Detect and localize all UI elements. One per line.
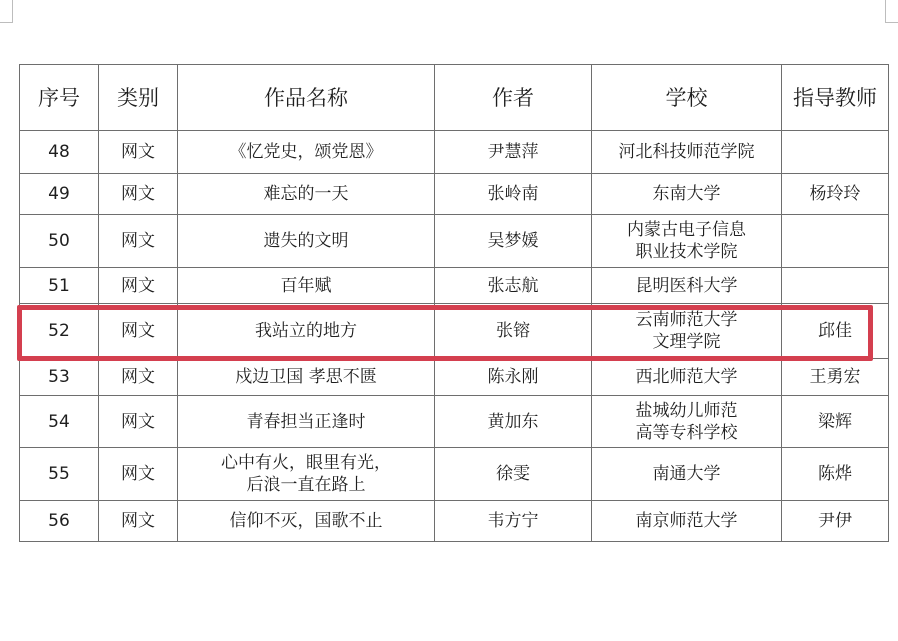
- title-line-2: 后浪一直在路上: [182, 474, 430, 496]
- table-row: 51 网文 百年赋 张志航 昆明医科大学: [20, 268, 889, 304]
- cell-no: 55: [20, 448, 99, 501]
- cell-no: 53: [20, 359, 99, 396]
- table-row-highlighted: 52 网文 我站立的地方 张镕 云南师范大学文理学院 邱佳: [20, 304, 889, 359]
- table-row: 53 网文 戍边卫国 孝思不匮 陈永刚 西北师范大学 王勇宏: [20, 359, 889, 396]
- table-header-row: 序号 类别 作品名称 作者 学校 指导教师: [20, 65, 889, 131]
- header-school: 学校: [592, 65, 782, 131]
- cell-category: 网文: [99, 396, 178, 448]
- table-row: 49 网文 难忘的一天 张岭南 东南大学 杨玲玲: [20, 174, 889, 215]
- cell-no: 54: [20, 396, 99, 448]
- cell-teacher: [782, 131, 889, 174]
- cell-teacher: 陈烨: [782, 448, 889, 501]
- cell-teacher: 邱佳: [782, 304, 889, 359]
- cell-no: 50: [20, 215, 99, 268]
- cell-school: 南京师范大学: [592, 501, 782, 542]
- cell-category: 网文: [99, 131, 178, 174]
- cell-title: 信仰不灭，国歌不止: [178, 501, 435, 542]
- table-row: 50 网文 遗失的文明 吴梦媛 内蒙古电子信息职业技术学院: [20, 215, 889, 268]
- cell-category: 网文: [99, 501, 178, 542]
- cell-school: 云南师范大学文理学院: [592, 304, 782, 359]
- cell-teacher: 王勇宏: [782, 359, 889, 396]
- cell-category: 网文: [99, 215, 178, 268]
- header-title: 作品名称: [178, 65, 435, 131]
- cell-teacher: 梁辉: [782, 396, 889, 448]
- cell-title: 百年赋: [178, 268, 435, 304]
- cell-author: 韦方宁: [435, 501, 592, 542]
- school-line-1: 内蒙古电子信息: [596, 219, 777, 241]
- cell-school: 河北科技师范学院: [592, 131, 782, 174]
- school-line-2: 职业技术学院: [596, 241, 777, 263]
- cell-author: 陈永刚: [435, 359, 592, 396]
- cell-school: 东南大学: [592, 174, 782, 215]
- cell-teacher: [782, 215, 889, 268]
- awards-table: 序号 类别 作品名称 作者 学校 指导教师 48 网文 《忆党史，颂党恩》 尹慧…: [19, 64, 889, 542]
- cell-teacher: 杨玲玲: [782, 174, 889, 215]
- cell-no: 49: [20, 174, 99, 215]
- cell-no: 48: [20, 131, 99, 174]
- cell-school: 西北师范大学: [592, 359, 782, 396]
- header-teacher: 指导教师: [782, 65, 889, 131]
- school-line-2: 文理学院: [596, 331, 777, 353]
- cell-no: 51: [20, 268, 99, 304]
- school-line-2: 高等专科学校: [596, 422, 777, 444]
- cell-author: 张志航: [435, 268, 592, 304]
- cell-school: 南通大学: [592, 448, 782, 501]
- page-corner-mark-right: [885, 0, 898, 23]
- cell-title: 心中有火，眼里有光，后浪一直在路上: [178, 448, 435, 501]
- cell-no: 52: [20, 304, 99, 359]
- cell-title: 遗失的文明: [178, 215, 435, 268]
- cell-category: 网文: [99, 359, 178, 396]
- cell-title: 戍边卫国 孝思不匮: [178, 359, 435, 396]
- cell-author: 徐雯: [435, 448, 592, 501]
- school-line-1: 盐城幼儿师范: [596, 400, 777, 422]
- table-row: 54 网文 青春担当正逢时 黄加东 盐城幼儿师范高等专科学校 梁辉: [20, 396, 889, 448]
- table-row: 55 网文 心中有火，眼里有光，后浪一直在路上 徐雯 南通大学 陈烨: [20, 448, 889, 501]
- school-line-1: 云南师范大学: [596, 309, 777, 331]
- table-row: 48 网文 《忆党史，颂党恩》 尹慧萍 河北科技师范学院: [20, 131, 889, 174]
- title-line-1: 心中有火，眼里有光，: [182, 452, 430, 474]
- cell-author: 黄加东: [435, 396, 592, 448]
- cell-author: 张镕: [435, 304, 592, 359]
- cell-school: 内蒙古电子信息职业技术学院: [592, 215, 782, 268]
- cell-title: 我站立的地方: [178, 304, 435, 359]
- cell-author: 尹慧萍: [435, 131, 592, 174]
- cell-category: 网文: [99, 448, 178, 501]
- header-category: 类别: [99, 65, 178, 131]
- cell-teacher: [782, 268, 889, 304]
- cell-title: 青春担当正逢时: [178, 396, 435, 448]
- table-row: 56 网文 信仰不灭，国歌不止 韦方宁 南京师范大学 尹伊: [20, 501, 889, 542]
- header-author: 作者: [435, 65, 592, 131]
- cell-author: 张岭南: [435, 174, 592, 215]
- page-corner-mark-left: [0, 0, 13, 23]
- cell-category: 网文: [99, 304, 178, 359]
- cell-no: 56: [20, 501, 99, 542]
- cell-teacher: 尹伊: [782, 501, 889, 542]
- cell-title: 难忘的一天: [178, 174, 435, 215]
- cell-school: 盐城幼儿师范高等专科学校: [592, 396, 782, 448]
- cell-school: 昆明医科大学: [592, 268, 782, 304]
- cell-category: 网文: [99, 268, 178, 304]
- cell-category: 网文: [99, 174, 178, 215]
- cell-title: 《忆党史，颂党恩》: [178, 131, 435, 174]
- cell-author: 吴梦媛: [435, 215, 592, 268]
- header-no: 序号: [20, 65, 99, 131]
